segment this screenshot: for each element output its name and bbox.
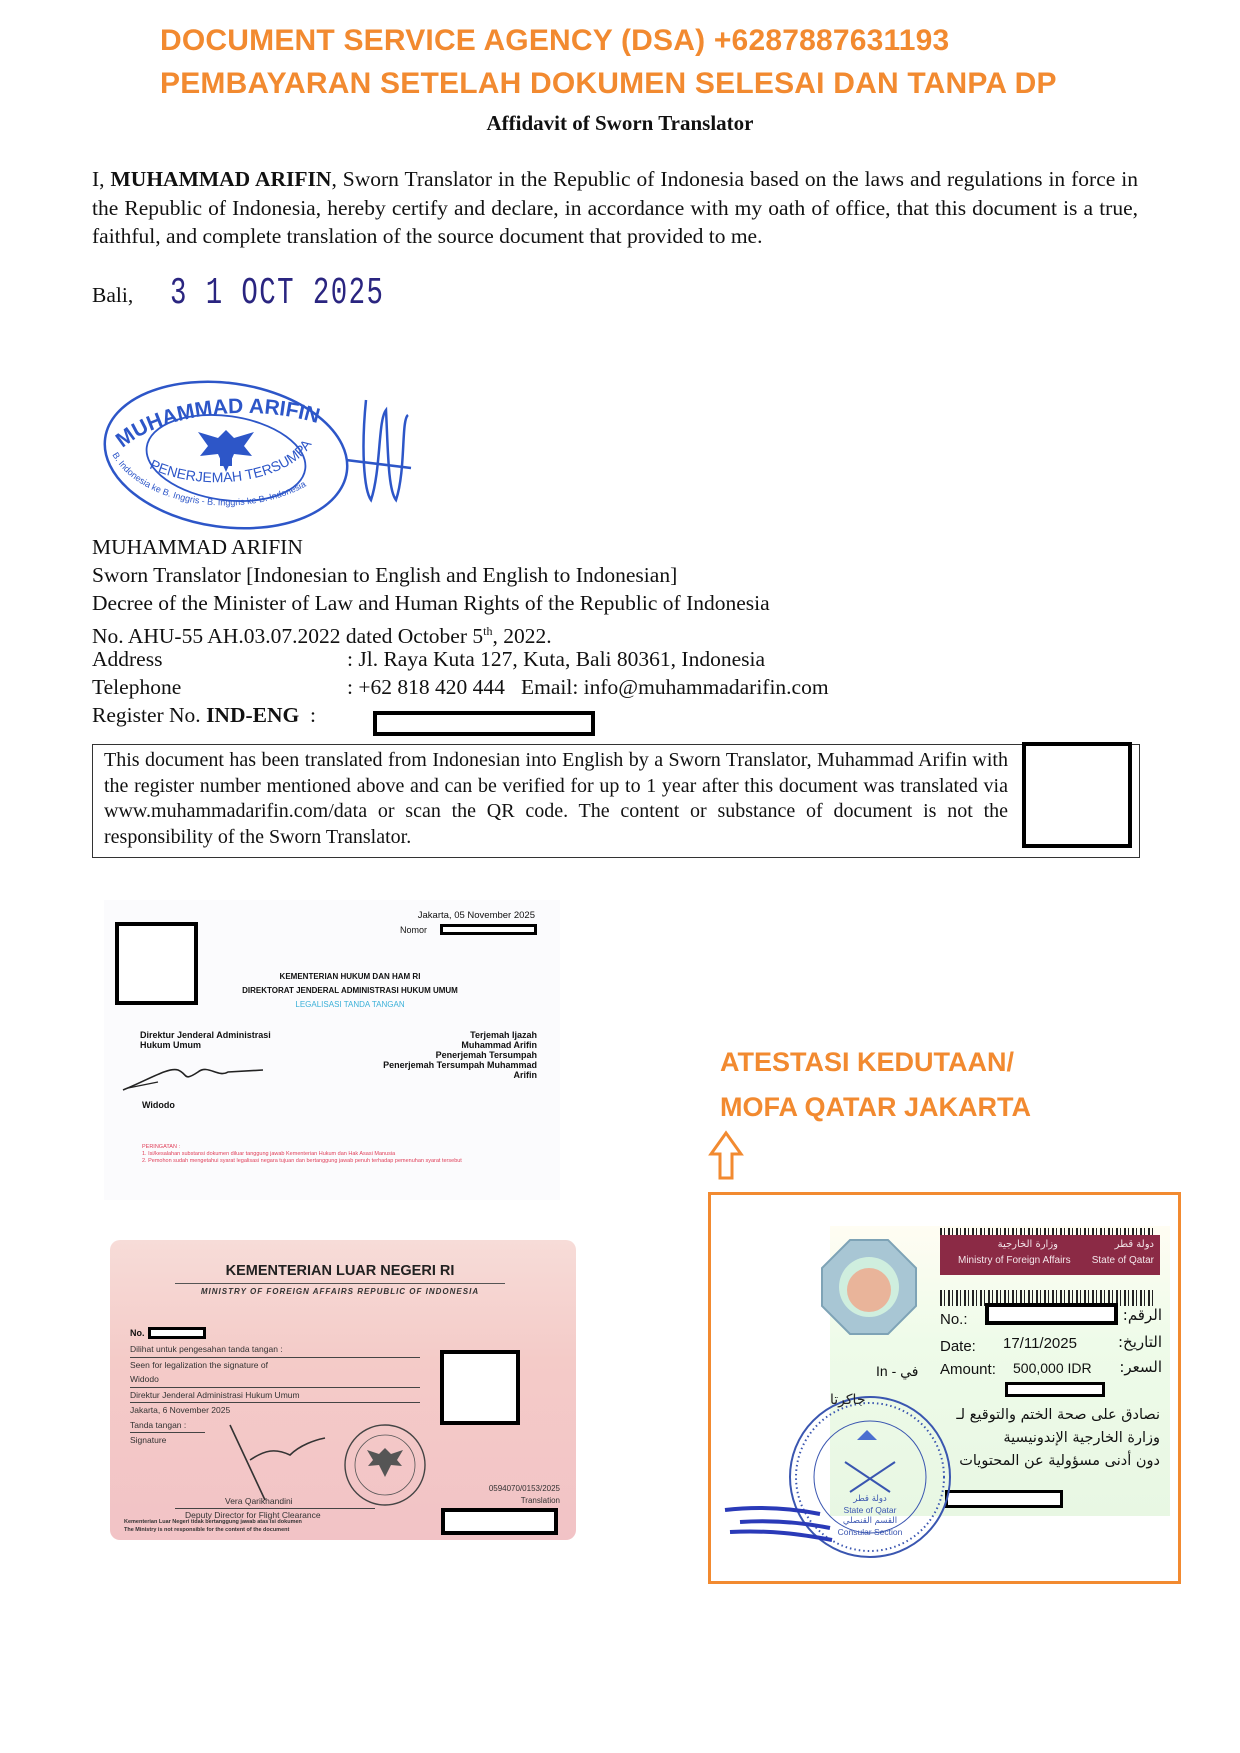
- qatar-date-value: 17/11/2025: [1003, 1335, 1077, 1352]
- qatar-emblem-icon: [820, 1238, 918, 1336]
- mofa-ref-type: Translation: [430, 1495, 560, 1507]
- mofa-seal-icon: [340, 1420, 430, 1510]
- redacted-qatar-no: [985, 1303, 1118, 1325]
- mofa-line5: Jakarta, 6 November 2025: [130, 1403, 420, 1418]
- register-code: IND-ENG: [206, 703, 299, 727]
- address-value: : Jl. Raya Kuta 127, Kuta, Bali 80361, I…: [347, 647, 765, 671]
- stamp-seal-icon: MUHAMMAD ARIFIN PENERJEMAH TERSUMPAH B. …: [96, 360, 416, 530]
- agency-banner-line1: DOCUMENT SERVICE AGENCY (DSA) +628788763…: [160, 24, 949, 58]
- qatar-date-label-ar: التاريخ:: [1100, 1333, 1162, 1351]
- mofa-signer: Vera Qarikhandini: [225, 1496, 293, 1506]
- mofa-line2: Seen for legalization the signature of: [130, 1358, 420, 1373]
- qatar-amount-value: 500,000 IDR: [1013, 1360, 1092, 1376]
- register-label: Register No.: [92, 703, 206, 727]
- qatar-amount-label-ar: السعر:: [1112, 1358, 1162, 1376]
- mofa-ref-no: 0594070/0153/2025: [430, 1483, 560, 1495]
- redacted-mofa-bottom: [441, 1508, 558, 1535]
- header-en-left: Ministry of Foreign Affairs: [958, 1255, 1071, 1266]
- right-3: Penerjemah Tersumpah: [330, 1050, 537, 1060]
- redacted-qatar-recipient: [1005, 1382, 1105, 1397]
- redacted-qatar-bottom: [945, 1490, 1063, 1508]
- mofa-ref: 0594070/0153/2025 Translation: [430, 1483, 560, 1507]
- register-row: Register No. IND-ENG :: [92, 701, 316, 730]
- qatar-city-ar: جاكرتا: [830, 1392, 865, 1408]
- qatar-mofa-header: وزارة الخارجية Ministry of Foreign Affai…: [940, 1235, 1160, 1275]
- legalization-right-block: Terjemah Ijazah Muhammad Arifin Penerjem…: [330, 1030, 537, 1080]
- left-title-2: Hukum Umum: [140, 1040, 271, 1050]
- header-ar-left: وزارة الخارجية: [958, 1239, 1058, 1250]
- qatar-no-label: No.:: [940, 1311, 968, 1328]
- legalization-city-date: Jakarta, 05 November 2025: [410, 910, 535, 921]
- mofa-title-rule: [175, 1283, 505, 1284]
- translator-decree: Decree of the Minister of Law and Human …: [92, 589, 770, 618]
- callout-line1: ATESTASI KEDUTAAN/: [720, 1040, 1031, 1085]
- right-1: Terjemah Ijazah: [330, 1030, 537, 1040]
- translator-name-bold: MUHAMMAD ARIFIN: [111, 167, 332, 191]
- legalization-warning: PERINGATAN : 1. Isi/kesalahan substansi …: [142, 1144, 542, 1165]
- mofa-line4: Direktur Jenderal Administrasi Hukum Umu…: [130, 1388, 420, 1404]
- mofa-line6: Tanda tangan :: [130, 1418, 205, 1434]
- legalization-nomor-label: Nomor: [400, 925, 427, 935]
- redacted-mofa-no: [148, 1327, 206, 1339]
- mofa-signer-rule: [175, 1508, 375, 1509]
- legalization-left-title: Direktur Jenderal AdministrasiHukum Umum: [140, 1030, 271, 1050]
- mofa-line3: Widodo: [130, 1372, 420, 1388]
- attest-2: وزارة الخارجية الإندونيسية: [935, 1427, 1160, 1450]
- para-prefix: I,: [92, 167, 111, 191]
- up-arrow-icon: [708, 1130, 744, 1182]
- mofa-footer-2: The Ministry is not responsible for the …: [124, 1526, 302, 1534]
- email-value: Email: info@muhammadarifin.com: [521, 675, 829, 699]
- telephone-row: Telephone: +62 818 420 444 Email: info@m…: [92, 673, 829, 702]
- affidavit-paragraph: I, MUHAMMAD ARIFIN, Sworn Translator in …: [92, 165, 1138, 251]
- telephone-value: : +62 818 420 444: [347, 675, 505, 699]
- warning-2: 2. Pemohon sudah mengetahui syarat legal…: [142, 1158, 542, 1165]
- redacted-nomor: [440, 924, 537, 935]
- agency-banner-line2: PEMBAYARAN SETELAH DOKUMEN SELESAI DAN T…: [160, 67, 1057, 101]
- mofa-footer: Kementerian Luar Negeri tidak bertanggun…: [124, 1518, 302, 1534]
- right-4: Penerjemah Tersumpah Muhammad: [330, 1060, 537, 1070]
- place-label: Bali,: [92, 283, 133, 308]
- translator-name: MUHAMMAD ARIFIN: [92, 533, 303, 562]
- register-colon: :: [310, 703, 316, 727]
- qatar-signature-icon: [720, 1500, 840, 1550]
- qatar-in-label: In - في: [876, 1363, 919, 1380]
- translator-stamp: MUHAMMAD ARIFIN PENERJEMAH TERSUMPAH B. …: [96, 360, 416, 530]
- qatar-amount-label: Amount:: [940, 1361, 996, 1378]
- legalization-subtitle: LEGALISASI TANDA TANGAN: [160, 1000, 540, 1009]
- qatar-attestation-callout: ATESTASI KEDUTAAN/ MOFA QATAR JAKARTA: [720, 1040, 1031, 1130]
- header-ar-right: دولة قطر: [1115, 1239, 1154, 1250]
- redacted-mofa-qr: [440, 1350, 520, 1425]
- translator-role: Sworn Translator [Indonesian to English …: [92, 561, 677, 590]
- attest-3: دون أدنى مسؤولية عن المحتويات: [935, 1450, 1160, 1473]
- mofa-line1: Dilihat untuk pengesahan tanda tangan :: [130, 1342, 420, 1358]
- redacted-qr-code: [1022, 742, 1132, 848]
- callout-line2: MOFA QATAR JAKARTA: [720, 1085, 1031, 1130]
- header-en-right: State of Qatar: [1092, 1255, 1154, 1266]
- legalization-signer: Widodo: [142, 1100, 175, 1110]
- legalization-ministry: KEMENTERIAN HUKUM DAN HAM RI: [160, 972, 540, 981]
- right-5: Arifin: [330, 1070, 537, 1080]
- legalization-signature-icon: [118, 1052, 268, 1097]
- address-row: Address: Jl. Raya Kuta 127, Kuta, Bali 8…: [92, 645, 765, 674]
- telephone-label: Telephone: [92, 673, 347, 702]
- warning-1: 1. Isi/kesalahan substansi dokumen dilua…: [142, 1151, 542, 1158]
- qatar-no-label-ar: الرقم:: [1120, 1306, 1162, 1324]
- mofa-no-label: No.: [130, 1328, 145, 1338]
- left-title-1: Direktur Jenderal Administrasi: [140, 1030, 271, 1040]
- redacted-register-number: [373, 711, 595, 736]
- attest-1: نصادق على صحة الختم والتوقيع لـ: [935, 1404, 1160, 1427]
- affidavit-title: Affidavit of Sworn Translator: [0, 111, 1240, 136]
- mofa-title: KEMENTERIAN LUAR NEGERI RI: [175, 1263, 505, 1279]
- qatar-date-label: Date:: [940, 1338, 976, 1355]
- warning-title: PERINGATAN :: [142, 1144, 542, 1151]
- mofa-subtitle: MINISTRY OF FOREIGN AFFAIRS REPUBLIC OF …: [175, 1287, 505, 1296]
- date-stamp: 3 1 OCT 2025: [170, 272, 384, 315]
- right-2: Muhammad Arifin: [330, 1040, 537, 1050]
- qatar-attestation-text: نصادق على صحة الختم والتوقيع لـ وزارة ال…: [935, 1404, 1160, 1473]
- mofa-footer-1: Kementerian Luar Negeri tidak bertanggun…: [124, 1518, 302, 1526]
- address-label: Address: [92, 645, 347, 674]
- legalization-directorate: DIREKTORAT JENDERAL ADMINISTRASI HUKUM U…: [160, 986, 540, 995]
- verification-notice-text: This document has been translated from I…: [104, 748, 1008, 850]
